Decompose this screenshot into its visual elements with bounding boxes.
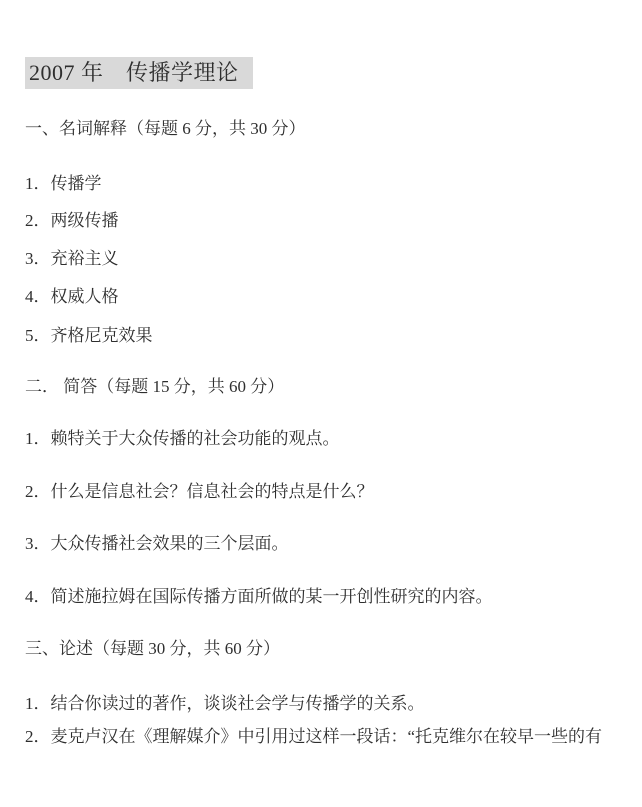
section-term-definitions: 一、名词解释（每题 6 分，共 30 分） 1．传播学 2．两级传播 3．充裕主… [25, 117, 624, 348]
question-item: 4．简述施拉姆在国际传播方面所做的某一开创性研究的内容。 [25, 585, 624, 609]
question-item: 1．结合你读过的著作，谈谈社会学与传播学的关系。 [25, 692, 624, 716]
exam-page: 2007 年 传播学理论 一、名词解释（每题 6 分，共 30 分） 1．传播学… [0, 57, 642, 749]
section-term-definitions-heading: 一、名词解释（每题 6 分，共 30 分） [25, 117, 624, 141]
question-item: 1．赖特关于大众传播的社会功能的观点。 [25, 427, 624, 451]
question-item: 2．麦克卢汉在《理解媒介》中引用过这样一段话：“托克维尔在较早一些的有 [25, 725, 624, 749]
question-item: 3．充裕主义 [25, 247, 624, 271]
section-short-answer-heading: 二． 简答（每题 15 分，共 60 分） [25, 375, 624, 399]
question-item: 5．齐格尼克效果 [25, 324, 624, 348]
question-item: 2．什么是信息社会？信息社会的特点是什么？ [25, 480, 624, 504]
question-item: 4．权威人格 [25, 285, 624, 309]
question-item: 1．传播学 [25, 172, 624, 196]
question-item: 2．两级传播 [25, 209, 624, 233]
question-item: 3．大众传播社会效果的三个层面。 [25, 532, 624, 556]
section-essay: 三、论述（每题 30 分，共 60 分） 1．结合你读过的著作，谈谈社会学与传播… [25, 637, 624, 749]
document-title: 2007 年 传播学理论 [25, 57, 253, 89]
section-essay-heading: 三、论述（每题 30 分，共 60 分） [25, 637, 624, 661]
section-short-answer: 二． 简答（每题 15 分，共 60 分） 1．赖特关于大众传播的社会功能的观点… [25, 375, 624, 609]
